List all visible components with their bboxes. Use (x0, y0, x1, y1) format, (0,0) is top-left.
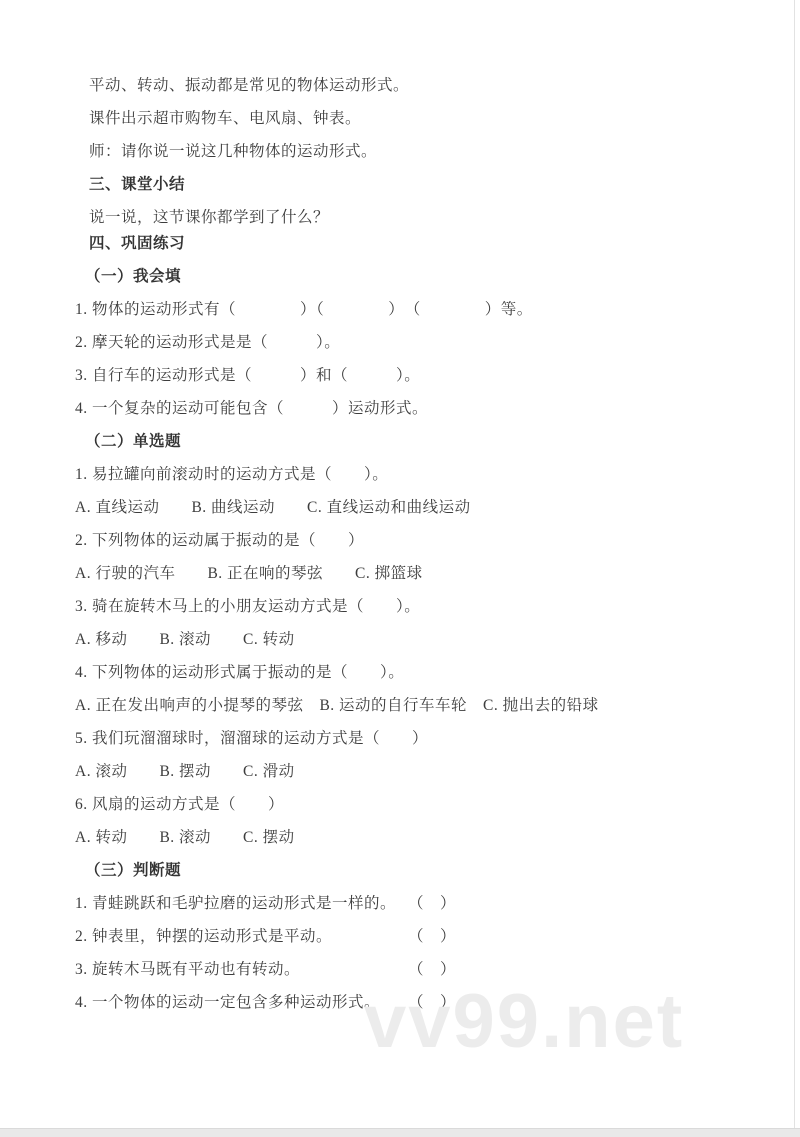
question-item: 6. 风扇的运动方式是（ ） (75, 796, 775, 813)
options-line: A. 转动 B. 滚动 C. 摆动 (75, 829, 775, 846)
options-line: A. 滚动 B. 摆动 C. 滑动 (75, 763, 775, 780)
options-line: A. 正在发出响声的小提琴的琴弦 B. 运动的自行车车轮 C. 抛出去的铅球 (75, 697, 775, 714)
judgment-text: 4. 一个物体的运动一定包含多种运动形式。 (75, 994, 380, 1011)
judgment-item: 1. 青蛙跳跃和毛驴拉磨的运动形式是一样的。（ ） (75, 895, 775, 912)
question-item: 5. 我们玩溜溜球时，溜溜球的运动方式是（ ） (75, 730, 775, 747)
paragraph-line: 师：请你说一说这几种物体的运动形式。 (75, 143, 775, 160)
paragraph-line: 平动、转动、振动都是常见的物体运动形式。 (75, 77, 775, 94)
question-item: 4. 下列物体的运动形式属于振动的是（ ）。 (75, 664, 775, 681)
question-item: 1. 物体的运动形式有（ ）（ ） （ ）等。 (75, 301, 775, 318)
question-item: 4. 一个复杂的运动可能包含（ ）运动形式。 (75, 400, 775, 417)
options-line: A. 行驶的汽车 B. 正在响的琴弦 C. 掷篮球 (75, 565, 775, 582)
section-heading: 三、课堂小结 (75, 176, 775, 193)
section-heading: 四、巩固练习 (75, 235, 775, 252)
answer-bracket: （ ） (408, 961, 456, 978)
watermark: vv99.net (364, 982, 684, 1062)
subsection-heading: （一）我会填 (75, 268, 775, 285)
judgment-text: 2. 钟表里，钟摆的运动形式是平动。 (75, 928, 332, 945)
subsection-heading: （二）单选题 (75, 433, 775, 450)
question-item: 3. 骑在旋转木马上的小朋友运动方式是（ ）。 (75, 598, 775, 615)
question-item: 2. 摩天轮的运动形式是是（ ）。 (75, 334, 775, 351)
answer-bracket: （ ） (408, 928, 456, 945)
page-right-edge (794, 0, 795, 1128)
document-page: 平动、转动、振动都是常见的物体运动形式。课件出示超市购物车、电风扇、钟表。师：请… (0, 0, 800, 1137)
options-line: A. 移动 B. 滚动 C. 转动 (75, 631, 775, 648)
question-item: 3. 自行车的运动形式是（ ）和（ ）。 (75, 367, 775, 384)
paragraph-line: 说一说，这节课你都学到了什么？ (75, 209, 775, 226)
answer-bracket: （ ） (408, 895, 456, 912)
content: 平动、转动、振动都是常见的物体运动形式。课件出示超市购物车、电风扇、钟表。师：请… (75, 77, 775, 1027)
question-item: 1. 易拉罐向前滚动时的运动方式是（ ）。 (75, 466, 775, 483)
page-bottom-edge (0, 1128, 800, 1137)
question-item: 2. 下列物体的运动属于振动的是（ ） (75, 532, 775, 549)
paragraph-line: 课件出示超市购物车、电风扇、钟表。 (75, 110, 775, 127)
subsection-heading: （三）判断题 (75, 862, 775, 879)
options-line: A. 直线运动 B. 曲线运动 C. 直线运动和曲线运动 (75, 499, 775, 516)
judgment-item: 2. 钟表里，钟摆的运动形式是平动。（ ） (75, 928, 775, 945)
judgment-text: 1. 青蛙跳跃和毛驴拉磨的运动形式是一样的。 (75, 895, 396, 912)
judgment-text: 3. 旋转木马既有平动也有转动。 (75, 961, 300, 978)
judgment-item: 3. 旋转木马既有平动也有转动。（ ） (75, 961, 775, 978)
